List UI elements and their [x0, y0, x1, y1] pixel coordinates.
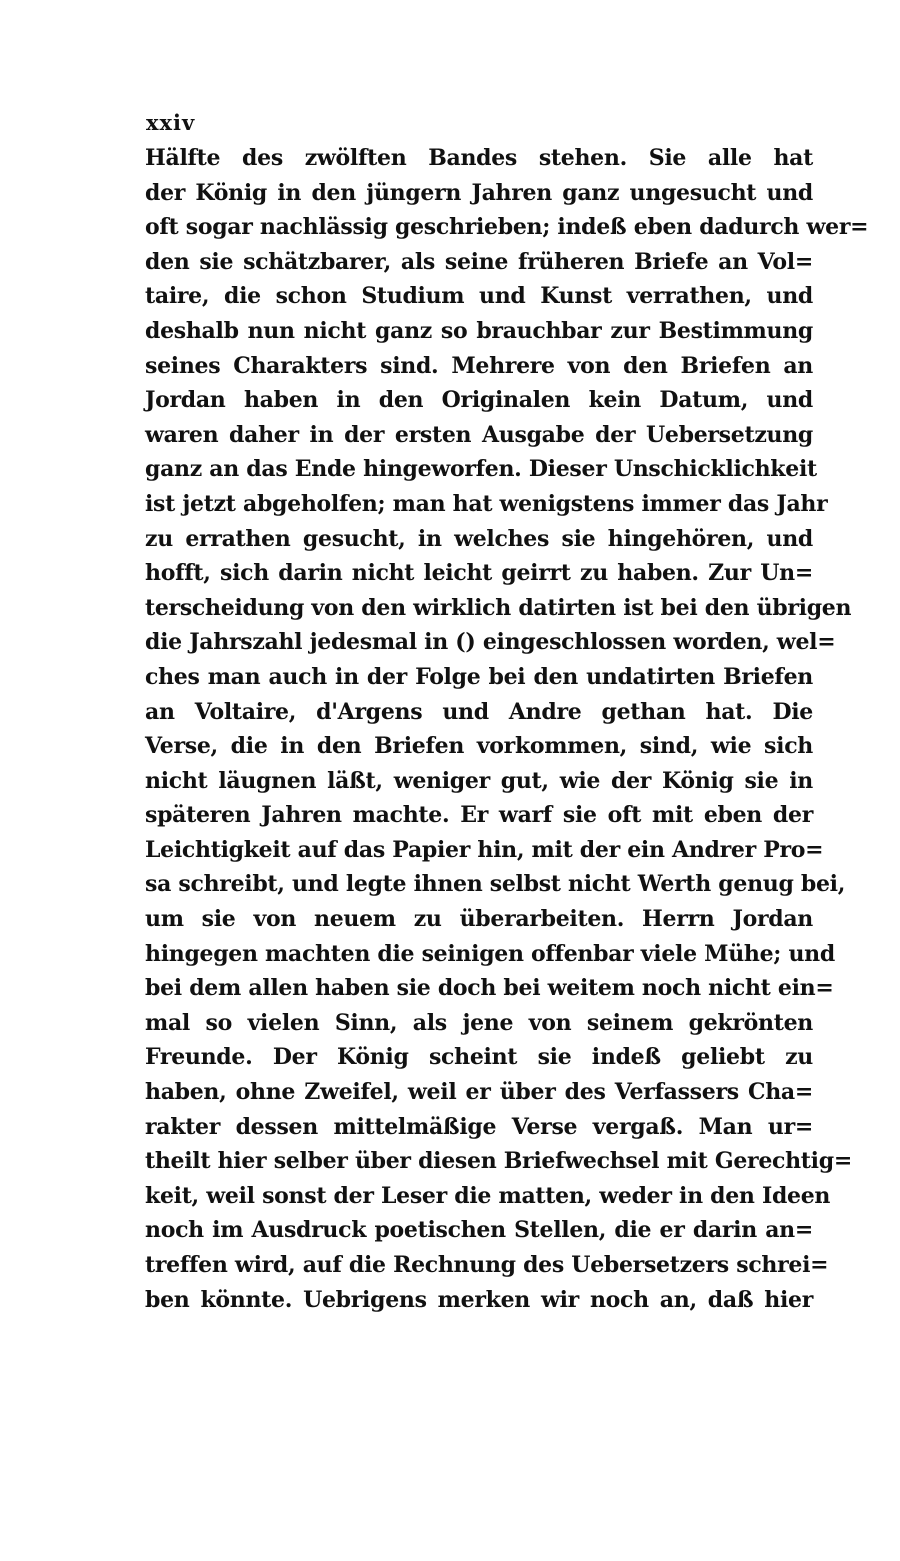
text-line: oft sogar nachlässig geschrieben; indeß … — [145, 210, 813, 245]
body-text: Hälfte des zwölften Bandes stehen. Sie a… — [145, 141, 813, 1317]
text-line: zu errathen gesucht, in welches sie hing… — [145, 522, 813, 557]
text-line: Jordan haben in den Originalen kein Datu… — [145, 383, 813, 418]
text-line: um sie von neuem zu überarbeiten. Herrn … — [145, 902, 813, 937]
text-line: rakter dessen mittelmäßige Verse vergaß.… — [145, 1110, 813, 1145]
text-line: späteren Jahren machte. Er warf sie oft … — [145, 798, 813, 833]
text-line: ches man auch in der Folge bei den undat… — [145, 660, 813, 695]
page-number: xxiv — [146, 110, 195, 135]
text-line: nicht läugnen läßt, weniger gut, wie der… — [145, 764, 813, 799]
text-line: treffen wird, auf die Rechnung des Ueber… — [145, 1248, 813, 1283]
text-line: ist jetzt abgeholfen; man hat wenigstens… — [145, 487, 813, 522]
text-line: Freunde. Der König scheint sie indeß gel… — [145, 1040, 813, 1075]
text-line: deshalb nun nicht ganz so brauchbar zur … — [145, 314, 813, 349]
text-line: mal so vielen Sinn, als jene von seinem … — [145, 1006, 813, 1041]
text-line: theilt hier selber über diesen Briefwech… — [145, 1144, 813, 1179]
text-line: waren daher in der ersten Ausgabe der Ue… — [145, 418, 813, 453]
text-line: bei dem allen haben sie doch bei weitem … — [145, 971, 813, 1006]
text-line: noch im Ausdruck poetischen Stellen, die… — [145, 1213, 813, 1248]
text-line: taire, die schon Studium und Kunst verra… — [145, 279, 813, 314]
text-line: Hälfte des zwölften Bandes stehen. Sie a… — [145, 141, 813, 176]
text-line: ganz an das Ende hingeworfen. Dieser Uns… — [145, 452, 813, 487]
text-line: hingegen machten die seinigen offenbar v… — [145, 937, 813, 972]
text-line: sa schreibt, und legte ihnen selbst nich… — [145, 867, 813, 902]
text-line: der König in den jüngern Jahren ganz ung… — [145, 176, 813, 211]
text-line: keit, weil sonst der Leser die matten, w… — [145, 1179, 813, 1214]
text-line: hofft, sich darin nicht leicht geirrt zu… — [145, 556, 813, 591]
text-line: an Voltaire, d'Argens und Andre gethan h… — [145, 695, 813, 730]
text-line: terscheidung von den wirklich datirten i… — [145, 591, 813, 626]
book-page: xxiv Hälfte des zwölften Bandes stehen. … — [0, 0, 900, 1561]
text-line: seines Charakters sind. Mehrere von den … — [145, 349, 813, 384]
text-line: ben könnte. Uebrigens merken wir noch an… — [145, 1283, 813, 1318]
text-line: Verse, die in den Briefen vorkommen, sin… — [145, 729, 813, 764]
text-line: haben, ohne Zweifel, weil er über des Ve… — [145, 1075, 813, 1110]
text-line: Leichtigkeit auf das Papier hin, mit der… — [145, 833, 813, 868]
text-line: die Jahrszahl jedesmal in () eingeschlos… — [145, 625, 813, 660]
text-line: den sie schätzbarer, als seine früheren … — [145, 245, 813, 280]
